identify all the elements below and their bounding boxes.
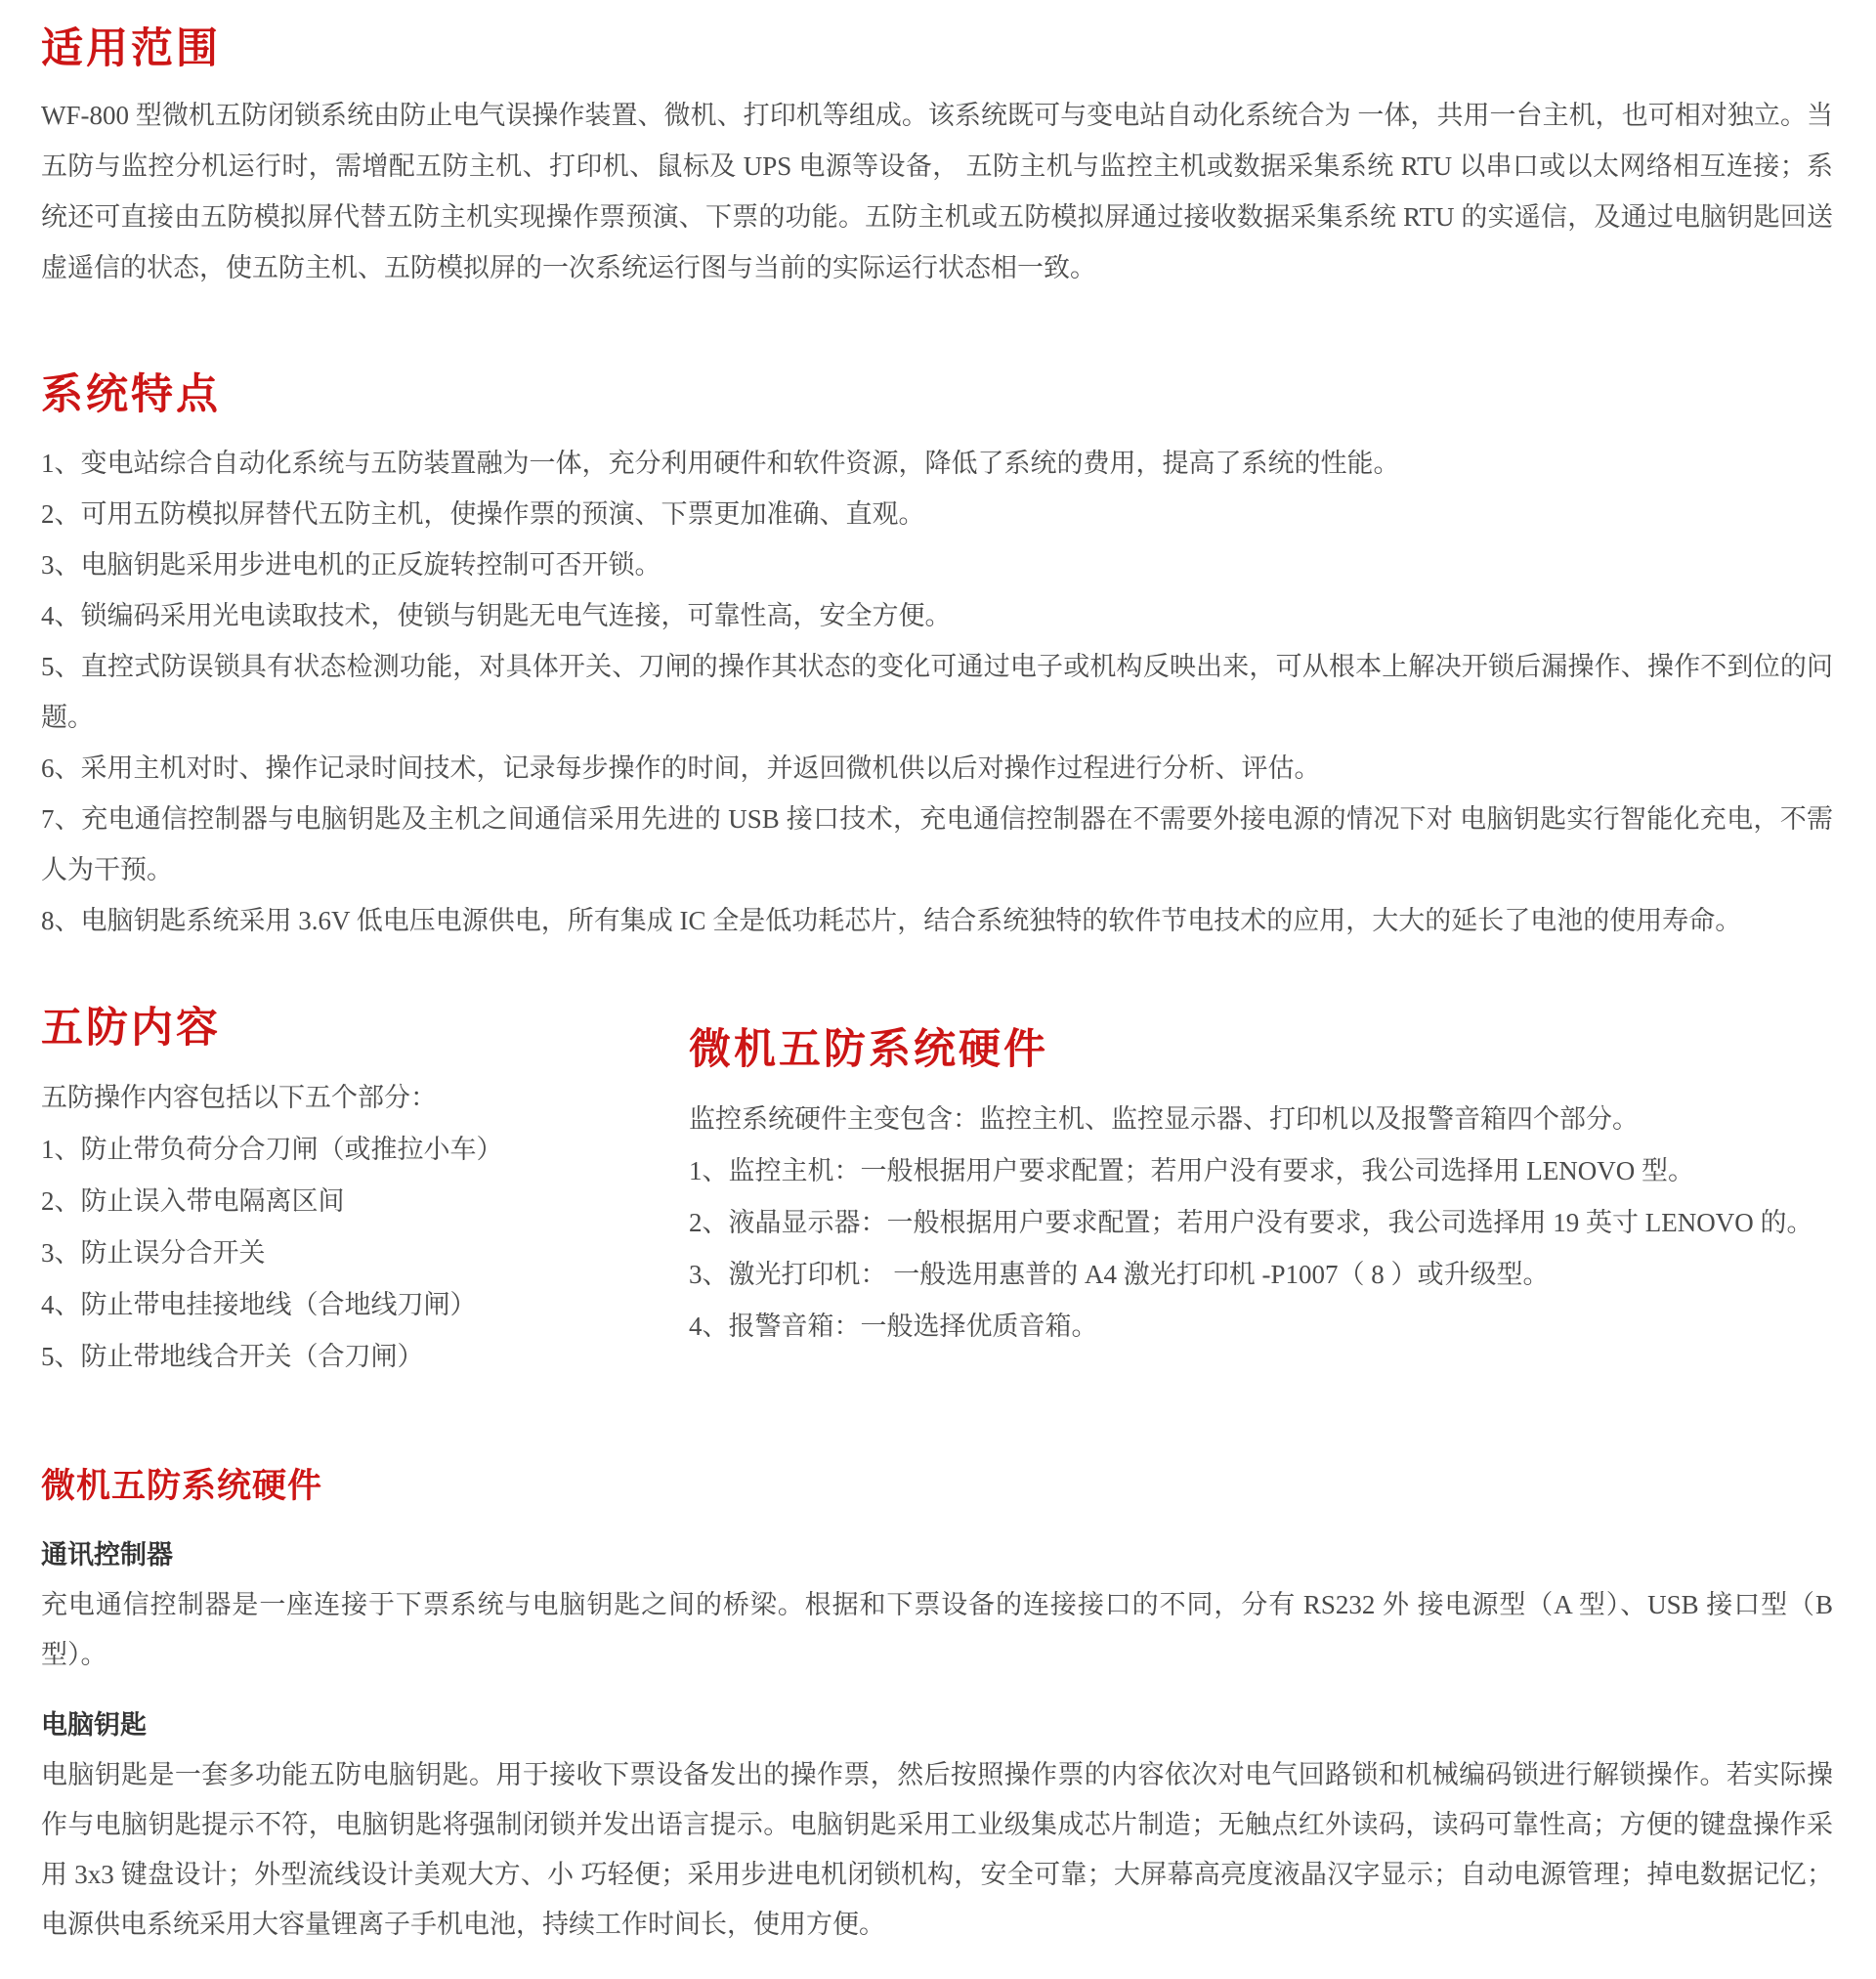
five-prevention-title: 五防内容 (41, 1003, 647, 1055)
five-prevention-item: 2、防止误入带电隔离区间 (41, 1176, 647, 1227)
feature-item: 3、电脑钥匙采用步进电机的正反旋转控制可否开锁。 (41, 539, 1833, 590)
feature-item: 6、采用主机对时、操作记录时间技术，记录每步操作的时间，并返回微机供以后对操作过… (41, 743, 1833, 794)
hardware-monitor-title: 微机五防系统硬件 (689, 1024, 1833, 1077)
section-scope: 适用范围 WF-800 型微机五防闭锁系统由防止电气误操作装置、微机、打印机等组… (41, 23, 1833, 293)
hardware-monitor-intro: 监控系统硬件主变包含：监控主机、监控显示器、打印机以及报警音箱四个部分。 (689, 1094, 1833, 1145)
five-prevention-intro: 五防操作内容包括以下五个部分： (41, 1072, 647, 1124)
hardware-monitor-item: 2、液晶显示器：一般根据用户要求配置；若用户没有要求，我公司选择用 19 英寸 … (689, 1197, 1833, 1249)
controller-body: 充电通信控制器是一座连接于下票系统与电脑钥匙之间的桥梁。根据和下票设备的连接接口… (41, 1580, 1833, 1680)
five-prevention-item: 5、防止带地线合开关（合刀闸） (41, 1331, 647, 1383)
scope-body: WF-800 型微机五防闭锁系统由防止电气误操作装置、微机、打印机等组成。该系统… (41, 90, 1833, 293)
computer-key-subtitle: 电脑钥匙 (41, 1707, 1833, 1742)
section-features: 系统特点 1、变电站综合自动化系统与五防装置融为一体，充分利用硬件和软件资源，降… (41, 369, 1833, 946)
hardware-monitor-item: 1、监控主机：一般根据用户要求配置；若用户没有要求，我公司选择用 LENOVO … (689, 1145, 1833, 1197)
feature-item: 2、可用五防模拟屏替代五防主机，使操作票的预演、下票更加准确、直观。 (41, 489, 1833, 539)
five-prevention-item: 4、防止带电挂接地线（合地线刀闸） (41, 1279, 647, 1331)
feature-item: 7、充电通信控制器与电脑钥匙及主机之间通信采用先进的 USB 接口技术，充电通信… (41, 794, 1833, 895)
features-title: 系统特点 (41, 369, 1833, 422)
five-prevention-item: 1、防止带负荷分合刀闸（或推拉小车） (41, 1124, 647, 1176)
feature-item: 5、直控式防误锁具有状态检测功能，对具体开关、刀闸的操作其状态的变化可通过电子或… (41, 641, 1833, 743)
feature-item: 8、电脑钥匙系统采用 3.6V 低电压电源供电，所有集成 IC 全是低功耗芯片，… (41, 895, 1833, 946)
two-column-area: 五防内容 五防操作内容包括以下五个部分： 1、防止带负荷分合刀闸（或推拉小车） … (41, 1003, 1833, 1384)
computer-key-body: 电脑钥匙是一套多功能五防电脑钥匙。用于接收下票设备发出的操作票，然后按照操作票的… (41, 1750, 1833, 1950)
document-page: 适用范围 WF-800 型微机五防闭锁系统由防止电气误操作装置、微机、打印机等组… (0, 0, 1876, 1979)
hardware-monitor-item: 3、激光打印机： 一般选用惠普的 A4 激光打印机 -P1007（ 8 ）或升级… (689, 1249, 1833, 1301)
five-prevention-item: 3、防止误分合开关 (41, 1227, 647, 1279)
controller-subtitle: 通讯控制器 (41, 1537, 1833, 1572)
hardware-devices-title: 微机五防系统硬件 (41, 1465, 1833, 1508)
scope-title: 适用范围 (41, 23, 1833, 76)
feature-item: 4、锁编码采用光电读取技术，使锁与钥匙无电气连接，可靠性高，安全方便。 (41, 590, 1833, 641)
section-five-prevention: 五防内容 五防操作内容包括以下五个部分： 1、防止带负荷分合刀闸（或推拉小车） … (41, 1003, 647, 1384)
section-hardware-monitor: 微机五防系统硬件 监控系统硬件主变包含：监控主机、监控显示器、打印机以及报警音箱… (647, 1024, 1833, 1354)
hardware-monitor-item: 4、报警音箱：一般选择优质音箱。 (689, 1301, 1833, 1353)
section-hardware-devices: 微机五防系统硬件 通讯控制器 充电通信控制器是一座连接于下票系统与电脑钥匙之间的… (41, 1465, 1833, 1950)
features-list: 1、变电站综合自动化系统与五防装置融为一体，充分利用硬件和软件资源，降低了系统的… (41, 438, 1833, 946)
feature-item: 1、变电站综合自动化系统与五防装置融为一体，充分利用硬件和软件资源，降低了系统的… (41, 438, 1833, 489)
